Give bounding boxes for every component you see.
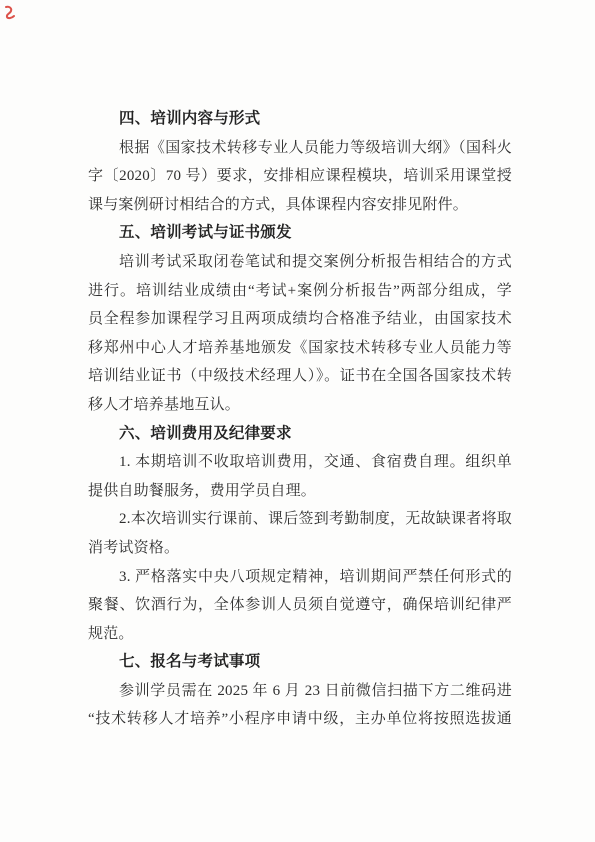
- text-line: 参训学员需在 2025 年 6 月 23 日前微信扫描下方二维码进入: [88, 677, 512, 706]
- paragraph: 培训考试采取闭卷笔试和提交案例分析报告相结合的方式 进行。培训结业成绩由“考试+…: [88, 248, 512, 420]
- section-heading-exam-certificate: 五、培训考试与证书颁发: [88, 219, 512, 248]
- paragraph: 3. 严格落实中央八项规定精神，培训期间严禁任何形式的 聚餐、饮酒行为，全体参训…: [88, 563, 512, 649]
- text-line: 字〔2020〕70 号）要求，安排相应课程模块，培训采用课堂授: [88, 162, 512, 191]
- text-line: 移郑州中心人才培养基地颁发《国家技术转移专业人员能力等级: [88, 334, 512, 363]
- paragraph: 1. 本期培训不收取培训费用，交通、食宿费自理。组织单位 提供自助餐服务，费用学…: [88, 448, 512, 505]
- text-line: 2.本次培训实行课前、课后签到考勤制度，无故缺课者将取: [88, 505, 512, 534]
- scanned-document-page: 四、培训内容与形式 根据《国家技术转移专业人员能力等级培训大纲》（国科火 字〔2…: [0, 0, 595, 842]
- paragraph: 参训学员需在 2025 年 6 月 23 日前微信扫描下方二维码进入 “技术转移…: [88, 677, 512, 734]
- text-line: 课与案例研讨相结合的方式，具体课程内容安排见附件。: [88, 191, 512, 220]
- document-body: 四、培训内容与形式 根据《国家技术转移专业人员能力等级培训大纲》（国科火 字〔2…: [88, 105, 512, 734]
- text-line: 消考试资格。: [88, 534, 512, 563]
- text-line: 移人才培养基地互认。: [88, 391, 512, 420]
- text-line: 聚餐、饮酒行为，全体参训人员须自觉遵守，确保培训纪律严肃: [88, 591, 512, 620]
- text-line: 1. 本期培训不收取培训费用，交通、食宿费自理。组织单位: [88, 448, 512, 477]
- text-line: 3. 严格落实中央八项规定精神，培训期间严禁任何形式的: [88, 563, 512, 592]
- text-line: “技术转移人才培养”小程序申请中级，主办单位将按照选拔通: [88, 705, 512, 734]
- text-line: 根据《国家技术转移专业人员能力等级培训大纲》（国科火: [88, 134, 512, 163]
- text-line: 培训考试采取闭卷笔试和提交案例分析报告相结合的方式: [88, 248, 512, 277]
- text-line: 培训结业证书（中级技术经理人）》。证书在全国各国家技术转: [88, 362, 512, 391]
- text-line: 进行。培训结业成绩由“考试+案例分析报告”两部分组成，学: [88, 277, 512, 306]
- section-heading-training-content: 四、培训内容与形式: [88, 105, 512, 134]
- paragraph: 2.本次培训实行课前、课后签到考勤制度，无故缺课者将取 消考试资格。: [88, 505, 512, 562]
- text-line: 提供自助餐服务，费用学员自理。: [88, 477, 512, 506]
- red-ink-mark-icon: [3, 5, 17, 21]
- text-line: 规范。: [88, 620, 512, 649]
- section-heading-registration-exam: 七、报名与考试事项: [88, 648, 512, 677]
- text-line: 员全程参加课程学习且两项成绩均合格准予结业，由国家技术转: [88, 305, 512, 334]
- paragraph: 根据《国家技术转移专业人员能力等级培训大纲》（国科火 字〔2020〕70 号）要…: [88, 134, 512, 220]
- section-heading-fees-discipline: 六、培训费用及纪律要求: [88, 420, 512, 449]
